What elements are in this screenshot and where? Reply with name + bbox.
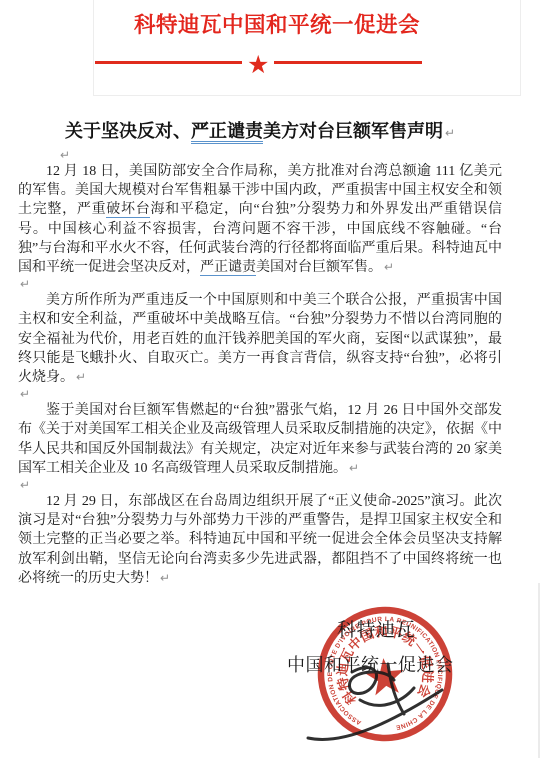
spellcheck-underlined-text: 严正谴责 bbox=[191, 121, 263, 144]
pilcrow-mark: ↵ bbox=[445, 126, 455, 140]
pilcrow-mark: ↵ bbox=[20, 387, 30, 401]
star-icon: ★ bbox=[247, 52, 269, 77]
text-segment: 关于坚决反对、 bbox=[65, 121, 191, 141]
text-segment: 12 月 29 日，东部战区在台岛周边组织开展了“正义使命-2025”演习。此次… bbox=[18, 494, 502, 586]
document-title: 关于坚决反对、严正谴责美方对台巨额军售声明↵ bbox=[0, 117, 537, 143]
pilcrow-mark: ↵ bbox=[349, 461, 359, 475]
pilcrow-mark: ↵ bbox=[384, 260, 394, 274]
document-page: 科特迪瓦中国和平统一促进会 ★ 关于坚决反对、严正谴责美方对台巨额军售声明↵ ↵… bbox=[0, 0, 554, 758]
paragraph: 鉴于美国对台巨额军售燃起的“台独”嚣张气焰，12 月 26 日中国外交部发布《关… bbox=[18, 401, 502, 478]
pilcrow-mark: ↵ bbox=[76, 370, 86, 384]
paragraph: 12 月 29 日，东部战区在台岛周边组织开展了“正义使命-2025”演习。此次… bbox=[18, 492, 502, 588]
divider-rule-right bbox=[274, 61, 422, 64]
handwritten-signature bbox=[290, 650, 460, 750]
empty-paragraph: ↵ bbox=[18, 277, 502, 291]
text-segment: 美方对台巨额军售声明 bbox=[263, 121, 443, 141]
empty-paragraph: ↵ bbox=[18, 387, 502, 401]
pilcrow-mark: ↵ bbox=[160, 571, 170, 585]
letterhead-divider: ★ bbox=[95, 50, 422, 75]
divider-rule-left bbox=[95, 61, 242, 64]
paragraph: 12 月 18 日，美国防部安全合作局称，美方批准对台湾总额逾 111 亿美元的… bbox=[18, 162, 502, 277]
stamp-image-border bbox=[538, 583, 540, 758]
text-segment: 美方所作所为严重违反一个中国原则和中美三个联合公报，严重损害中国主权和安全利益，… bbox=[18, 293, 502, 385]
pilcrow-mark: ↵ bbox=[60, 148, 70, 162]
doc-title-text: 关于坚决反对、严正谴责美方对台巨额军售声明↵ bbox=[65, 121, 455, 141]
pilcrow-mark: ↵ bbox=[20, 277, 30, 291]
text-segment: 美国对台巨额军售。 bbox=[256, 260, 382, 275]
empty-paragraph: ↵ bbox=[18, 478, 502, 492]
spellcheck-underlined-text: 严正谴责 bbox=[200, 260, 256, 276]
document-body: 12 月 18 日，美国防部安全合作局称，美方批准对台湾总额逾 111 亿美元的… bbox=[18, 162, 502, 588]
letterhead-org-name: 科特迪瓦中国和平统一促进会 bbox=[0, 8, 554, 39]
text-segment: 鉴于美国对台巨额军售燃起的“台独”嚣张气焰，12 月 26 日中国外交部发布《关… bbox=[18, 403, 502, 476]
paragraph: 美方所作所为严重违反一个中国原则和中美三个联合公报，严重损害中国主权和安全利益，… bbox=[18, 291, 502, 387]
pilcrow-mark: ↵ bbox=[20, 478, 30, 492]
spellcheck-underlined-text: 破坏台 bbox=[106, 202, 150, 218]
signature-org-line1: 科特迪瓦 bbox=[337, 615, 415, 642]
